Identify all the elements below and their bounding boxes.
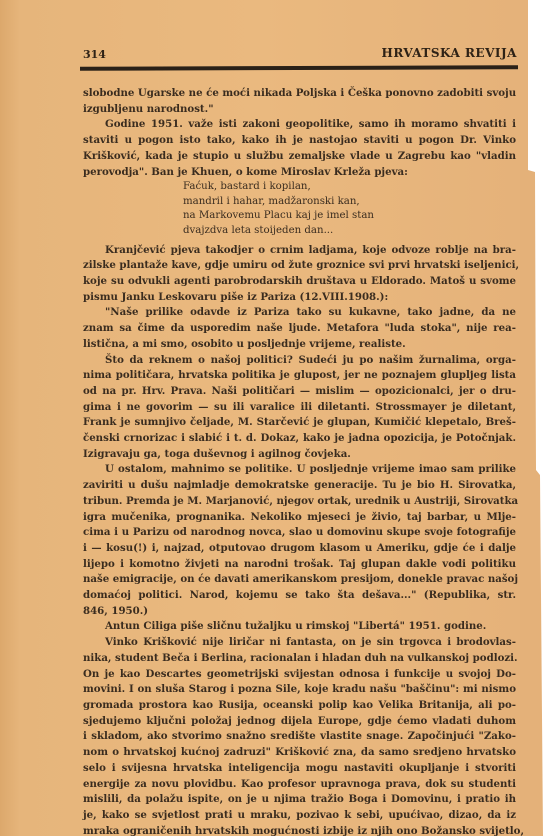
poem-quote: Faćuk, bastard i kopilan, mandril i haha… bbox=[183, 180, 516, 238]
text-line: i — kosu(!) i, najzad, otputovao drugom … bbox=[83, 541, 516, 557]
poem-line: dvajzdva leta stoijeden dan... bbox=[183, 224, 516, 239]
paragraph: U ostalom, mahnimo se politike. U poslje… bbox=[83, 462, 516, 619]
text-line: movini. I on sluša Starog i pozna Sile, … bbox=[83, 682, 516, 698]
text-line: Frank je sumnjivo čeljade, M. Starčević … bbox=[83, 415, 516, 431]
text-line: nom o hrvatskoj kućnoj zadruzi" Kriškovi… bbox=[83, 745, 516, 761]
text-line: Godine 1951. važe isti zakoni geopolitik… bbox=[83, 117, 516, 133]
text-line: sjedujemo ključni položaj jednog dijela … bbox=[83, 714, 516, 730]
text-line: Izigravaju ga, toga duševnog i agilnog č… bbox=[83, 447, 516, 463]
text-line: čenski crnorizac i slabić i t. d. Dokaz,… bbox=[83, 431, 516, 447]
paragraph: Što da reknem o našoj politici? Sudeći j… bbox=[83, 353, 516, 463]
text-line: Antun Ciliga piše sličnu tužaljku u rims… bbox=[83, 619, 516, 635]
text-line: od na pr. Hrv. Prava. Naši političari — … bbox=[83, 384, 516, 400]
text-line: staviti u pogon isto tako, kako ih je na… bbox=[83, 133, 516, 149]
text-line: zilske plantaže kave, gdje umiru od žute… bbox=[83, 258, 516, 274]
paragraph: "Naše prilike odavde iz Pariza tako su k… bbox=[83, 305, 516, 352]
text-line: i skladom, ako stvorimo snažno središte … bbox=[83, 729, 516, 745]
text-line: U ostalom, mahnimo se politike. U poslje… bbox=[83, 462, 516, 478]
article-body: slobodne Ugarske ne će moći nikada Poljs… bbox=[83, 86, 516, 836]
text-line: mislili, da polažu ispite, on je u njima… bbox=[83, 792, 516, 808]
paragraph: Vinko Krišković nije liričar ni fantasta… bbox=[83, 635, 516, 836]
text-line: tribun. Premda je M. Marjanović, njegov … bbox=[83, 494, 516, 510]
text-line: nika, student Beča i Berlina, racionalan… bbox=[83, 651, 516, 667]
text-line: Kranjčević pjeva takodjer o crnim ladjam… bbox=[83, 243, 516, 259]
running-header: 314 HRVATSKA REVIJA bbox=[83, 46, 517, 64]
paragraph: slobodne Ugarske ne će moći nikada Poljs… bbox=[83, 86, 516, 117]
text-line: "Naše prilike odavde iz Pariza tako su k… bbox=[83, 305, 516, 321]
text-line: pismu Janku Leskovaru piše iz Pariza (12… bbox=[83, 290, 516, 306]
text-line: energije za novu plovidbu. Kao profesor … bbox=[83, 777, 516, 793]
text-line: perovodja". Ban je Khuen, o kome Mirosla… bbox=[83, 165, 516, 181]
text-line: naše emigracije, on će davati amerikansk… bbox=[83, 572, 516, 588]
paragraph: Antun Ciliga piše sličnu tužaljku u rims… bbox=[83, 619, 516, 635]
text-line: mraka ograničenih hrvatskih mogućnosti i… bbox=[83, 824, 516, 836]
poem-line: Faćuk, bastard i kopilan, bbox=[183, 180, 516, 195]
text-line: On je kao Descartes geometrijski svijest… bbox=[83, 667, 516, 683]
page-edge bbox=[520, 150, 545, 836]
text-line: igra mučenika, prognanika. Nekoliko mjes… bbox=[83, 510, 516, 526]
text-line: koje su odvukli agenti parobrodarskih dr… bbox=[83, 274, 516, 290]
text-line: listična, a mi smo, osobito u posljednje… bbox=[83, 337, 516, 353]
journal-title: HRVATSKA REVIJA bbox=[382, 46, 517, 60]
text-line: je, kako se svjetlost prati u mraku, poz… bbox=[83, 808, 516, 824]
text-line: selo i svijesna hrvatska inteligencija m… bbox=[83, 761, 516, 777]
text-line: znam sa čime da usporedim naše ljude. Me… bbox=[83, 321, 516, 337]
text-line: Vinko Krišković nije liričar ni fantasta… bbox=[83, 635, 516, 651]
text-line: gima i ne govorim — su ili varalice ili … bbox=[83, 400, 516, 416]
text-line: domaćoj politici. Narod, kojemu se tako … bbox=[83, 588, 516, 604]
paragraph: Godine 1951. važe isti zakoni geopolitik… bbox=[83, 117, 516, 180]
text-line: izgubljenu narodnost." bbox=[83, 102, 516, 118]
text-line: gromada prostora kao Rusija, oceanski po… bbox=[83, 698, 516, 714]
paragraph: Kranjčević pjeva takodjer o crnim ladjam… bbox=[83, 243, 516, 306]
poem-line: na Markovemu Placu kaj je imel stan bbox=[183, 209, 516, 224]
text-line: lijepo i komotno živjeti na narodni troš… bbox=[83, 557, 516, 573]
text-line: 846, 1950.) bbox=[83, 604, 516, 620]
text-line: nima političara, hrvatska politika je gl… bbox=[83, 368, 516, 384]
text-line: zaviriti u dušu najmladje demokratske ge… bbox=[83, 478, 516, 494]
text-line: Krišković, kada je stupio u službu zemal… bbox=[83, 149, 516, 165]
text-line: Što da reknem o našoj politici? Sudeći j… bbox=[83, 353, 516, 369]
text-line: cima i u Parizu od narodnog novca, slao … bbox=[83, 525, 516, 541]
text-line: slobodne Ugarske ne će moći nikada Poljs… bbox=[83, 86, 516, 102]
poem-line: mandril i hahar, madžaronski kan, bbox=[183, 195, 516, 210]
page-number: 314 bbox=[83, 48, 106, 61]
